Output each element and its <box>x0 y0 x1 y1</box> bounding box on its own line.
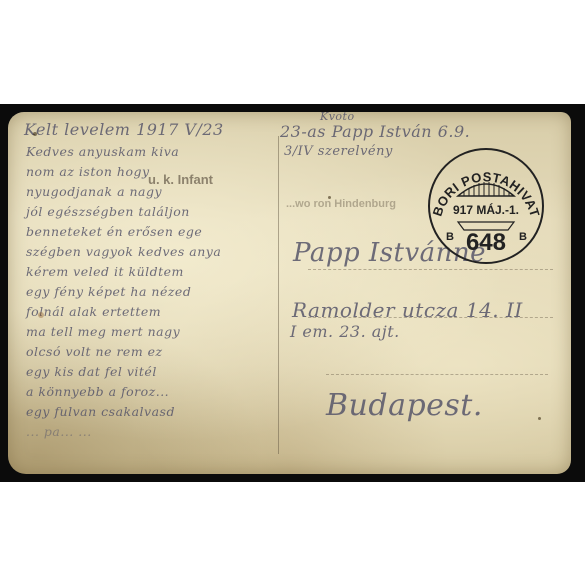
message-line: egy fény képet ha nézed <box>26 284 191 299</box>
stain <box>38 312 44 318</box>
message-line: nyugodjanak a nagy <box>26 184 162 199</box>
message-line: a könnyebb a foroz... <box>26 384 169 399</box>
message-line: szégben vagyok kedves anya <box>26 244 221 259</box>
address-rule <box>326 374 548 375</box>
sender-line: 3/IV szerelvény <box>284 144 393 159</box>
stain <box>33 132 37 136</box>
message-line: jól egészségben találjon <box>26 204 190 219</box>
recipient-city: Budapest. <box>326 388 483 423</box>
stain <box>538 417 541 420</box>
message-line: egy kis dat fel vitél <box>26 364 157 379</box>
recipient-street: Ramolder utcza 14. II <box>292 298 523 322</box>
unit-stamp: u. k. Infant <box>148 172 213 187</box>
message-line: benneteket én erősen ege <box>26 224 202 239</box>
message-line: olcsó volt ne rem ez <box>26 344 163 359</box>
faded-stamp: ...wo ron Hindenburg <box>286 198 396 210</box>
message-line: nom az iston hogy <box>26 164 150 179</box>
message-line: folnál alak ertettem <box>26 304 161 319</box>
sender-line: 23-as Papp István 6.9. <box>280 122 470 141</box>
center-divider <box>278 136 279 454</box>
postmark-letter-right: B <box>519 231 527 243</box>
stain <box>328 196 331 199</box>
message-line: Kedves anyuskam kiva <box>26 144 179 159</box>
message-line: egy fulvan csakalvasd <box>26 404 175 419</box>
postmark-letter-left: B <box>446 231 454 243</box>
postmark: TÁBORI POSTAHIVATAL 917 MÁJ.-1. 648 B B <box>424 144 548 268</box>
message-line: kérem veled it küldtem <box>26 264 184 279</box>
postmark-number: 648 <box>466 229 506 256</box>
date-line: Kelt levelem 1917 V/23 <box>24 120 224 139</box>
message-line: ma tell meg mert nagy <box>26 324 180 339</box>
message-line: ... pa... ... <box>26 424 92 439</box>
recipient-floor: I em. 23. ajt. <box>290 322 400 341</box>
address-rule <box>308 269 553 270</box>
postmark-date: 917 MÁJ.-1. <box>453 202 519 217</box>
